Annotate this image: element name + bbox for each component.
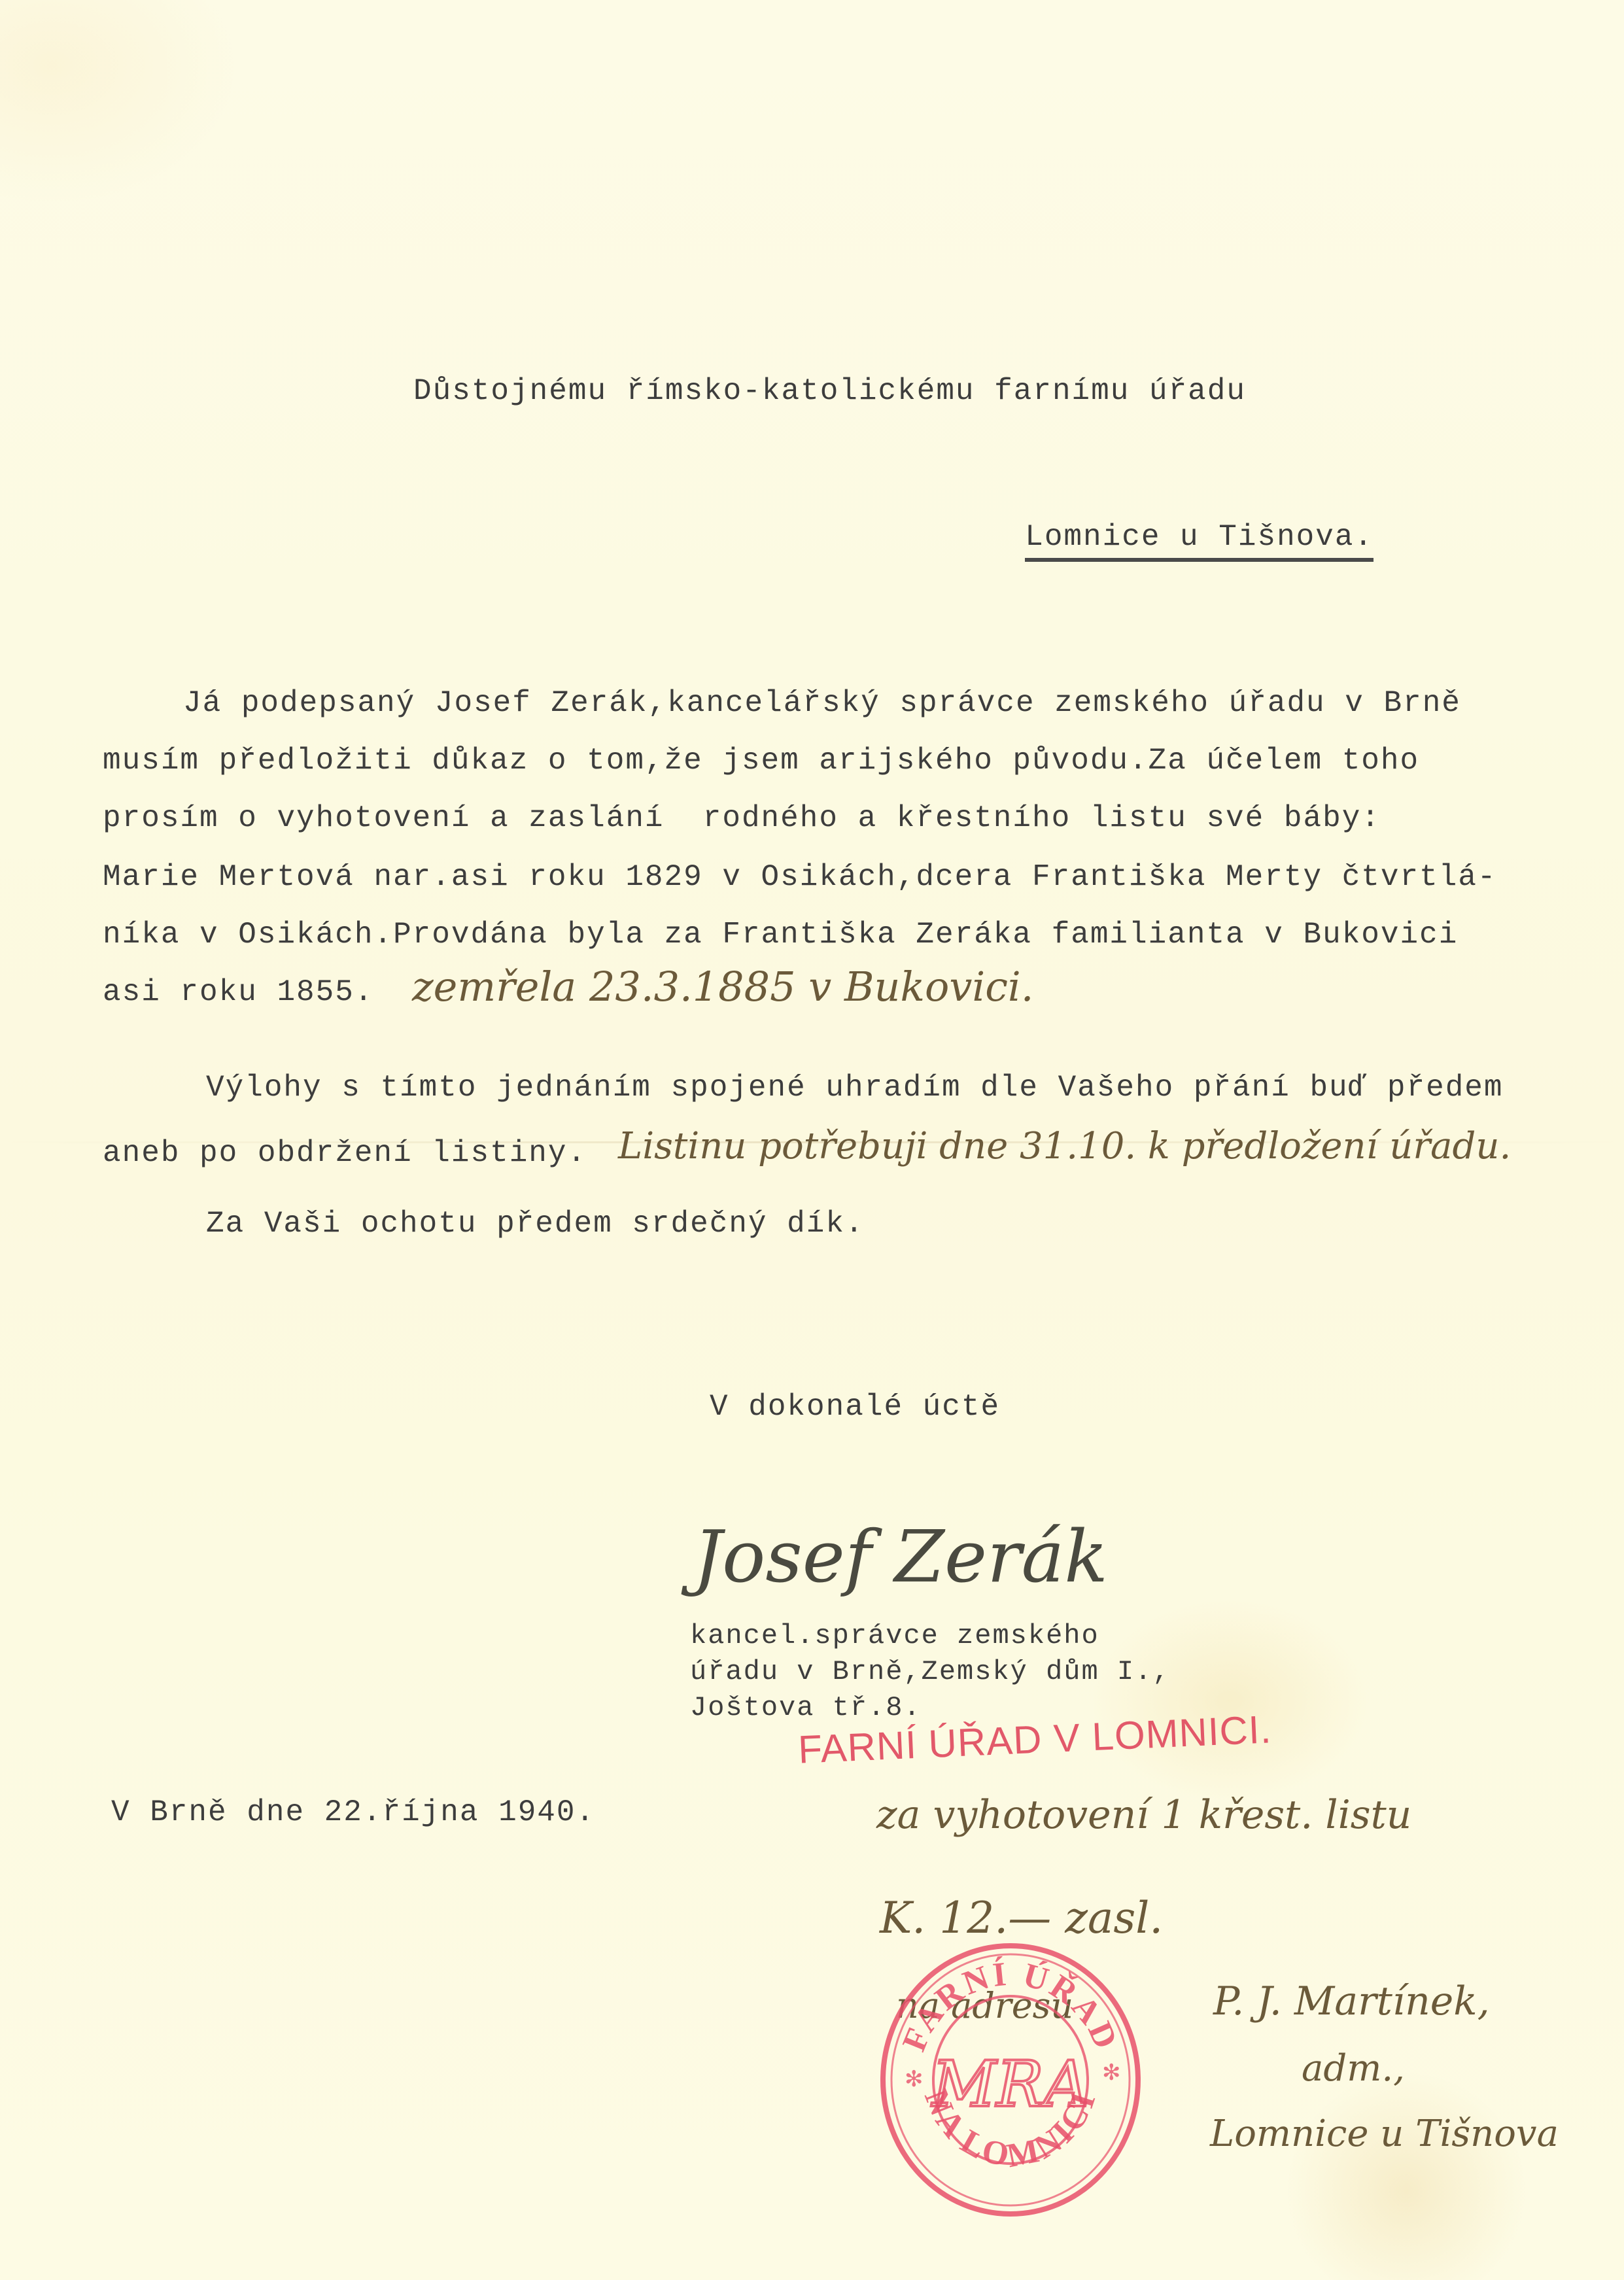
svg-text:✻: ✻: [905, 2066, 924, 2092]
recipient-place-text: Lomnice u Tišnova.: [1025, 520, 1373, 562]
svg-text:FARNÍ ÚŘAD: FARNÍ ÚŘAD: [895, 1955, 1126, 2057]
place-date: V Brně dne 22.října 1940.: [111, 1797, 595, 1827]
body-line-3: prosím o vyhotovení a zaslání rodného a …: [103, 803, 1381, 833]
signer-title-line-2: úřadu v Brně,Zemský dům I.,: [690, 1658, 1171, 1685]
reply-line-5: adm.,: [1302, 2050, 1405, 2087]
body-line-2: musím předložiti důkaz o tom,že jsem ari…: [103, 746, 1419, 776]
reply-line-6: Lomnice u Tišnova: [1210, 2116, 1559, 2152]
svg-text:✻: ✻: [1102, 2060, 1121, 2086]
body-line-5: níka v Osikách.Provdána byla za Františk…: [103, 920, 1458, 950]
body-thanks: Za Vaši ochotu předem srdečný dík.: [206, 1209, 865, 1239]
body-line-7: Výlohy s tímto jednáním spojené uhradím …: [206, 1073, 1504, 1103]
body-line-8: aneb po obdržení listiny.: [103, 1138, 587, 1168]
signer-title-line-1: kancel.správce zemského: [690, 1622, 1099, 1650]
reply-line-4: P. J. Martínek,: [1213, 1982, 1490, 2021]
reply-line-1: za vyhotovení 1 křest. listu: [876, 1795, 1411, 1835]
signature: Josef Zerák: [693, 1521, 1108, 1593]
handwritten-death-note: zemřela 23.3.1885 v Bukovici.: [412, 967, 1033, 1007]
body-line-1: Já podepsaný Josef Zerák,kancelářský spr…: [183, 688, 1461, 718]
svg-text:MRA: MRA: [931, 2048, 1089, 2121]
parish-seal: FARNÍ ÚŘAD NA LOMNICI ✻ ✻ MRA: [873, 1933, 1148, 2220]
body-line-6: asi roku 1855.: [103, 977, 373, 1007]
recipient-salutation: Důstojnému římsko-katolickému farnímu úř…: [413, 376, 1246, 406]
signer-title-line-3: Joštova tř.8.: [690, 1694, 922, 1721]
handwritten-deadline-note: Listinu potřebuji dne 31.10. k předložen…: [618, 1128, 1511, 1165]
valediction: V dokonalé úctě: [710, 1392, 1000, 1422]
seal-icon: FARNÍ ÚŘAD NA LOMNICI ✻ ✻ MRA: [873, 1933, 1148, 2220]
body-line-4: Marie Mertová nar.asi roku 1829 v Osikác…: [103, 862, 1497, 892]
recipient-place: Lomnice u Tišnova.: [986, 492, 1373, 552]
